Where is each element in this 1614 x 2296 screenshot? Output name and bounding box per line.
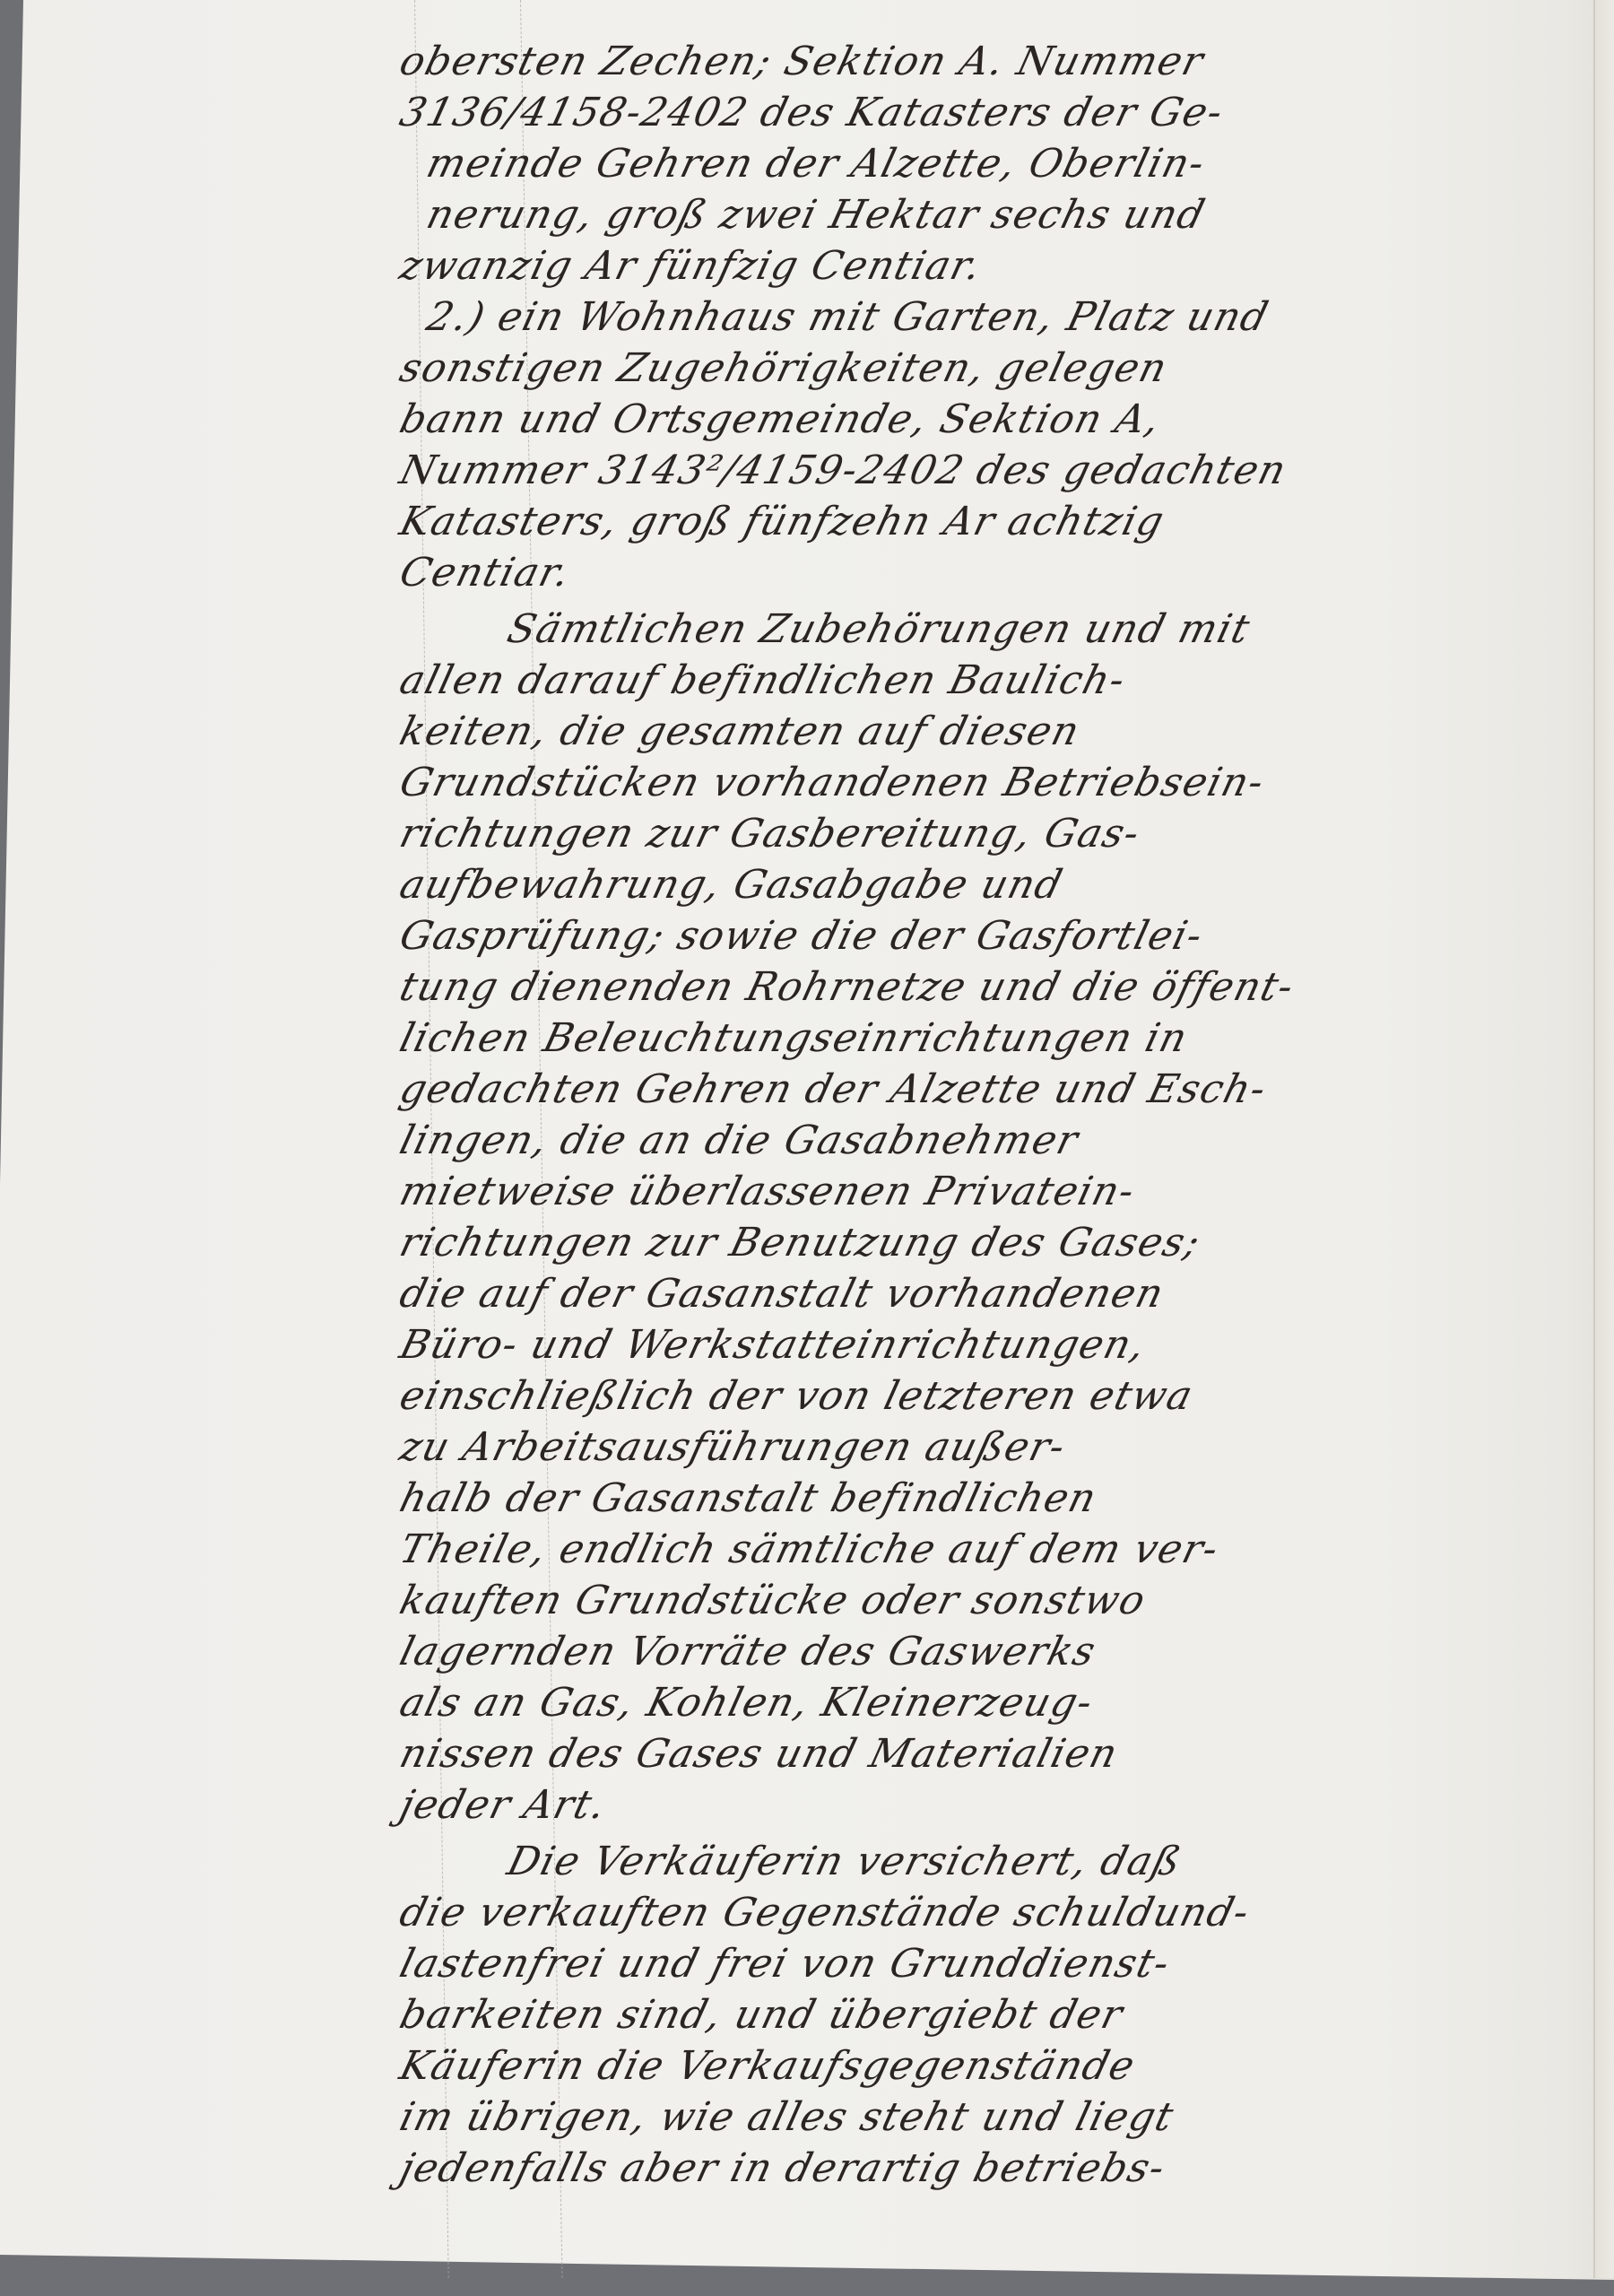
paragraph-start: Die Verkäuferin versichert, daß [395, 1836, 1600, 1887]
text-line: als an Gas, Kohlen, Kleinerzeug- [395, 1677, 1600, 1728]
text-line: keiten, die gesamten auf diesen [395, 706, 1600, 757]
text-line: mietweise überlassenen Privatein- [395, 1166, 1600, 1217]
text-line: die verkauften Gegenstände schuldund- [395, 1887, 1600, 1938]
text-line: kauften Grundstücke oder sonstwo [395, 1575, 1600, 1626]
text-line: allen darauf befindlichen Baulich- [395, 655, 1600, 706]
text-line: lagernden Vorräte des Gaswerks [395, 1626, 1600, 1677]
text-line: zwanzig Ar fünfzig Centiar. [395, 240, 1600, 291]
text-line: zu Arbeitsausführungen außer- [395, 1422, 1600, 1473]
scan-bottom-border [0, 2249, 1614, 2296]
text-line: richtungen zur Gasbereitung, Gas- [395, 808, 1600, 859]
text-line: lingen, die an die Gasabnehmer [395, 1115, 1600, 1166]
text-line: jeder Art. [395, 1779, 1600, 1831]
text-line: nerung, groß zwei Hektar sechs und [395, 189, 1600, 240]
text-line: Käuferin die Verkaufsgegenstände [395, 2040, 1600, 2092]
text-line: Katasters, groß fünfzehn Ar achtzig [395, 496, 1600, 547]
text-line: Büro- und Werkstatteinrichtungen, [395, 1319, 1600, 1370]
text-line: nissen des Gases und Materialien [395, 1728, 1600, 1779]
list-item-number-2: 2.) ein Wohnhaus mit Garten, Platz und [395, 291, 1600, 343]
text-line: jedenfalls aber in derartig betriebs- [395, 2143, 1600, 2194]
text-line: barkeiten sind, und übergiebt der [395, 1989, 1600, 2040]
text-line: lastenfrei und frei von Grunddienst- [395, 1938, 1600, 1989]
text-line: obersten Zechen; Sektion A. Nummer [395, 36, 1600, 87]
manuscript-page: obersten Zechen; Sektion A. Nummer 3136/… [0, 0, 1614, 2296]
text-line: die auf der Gasanstalt vorhandenen [395, 1268, 1600, 1319]
text-line: Theile, endlich sämtliche auf dem ver- [395, 1524, 1600, 1575]
scan-left-border [0, 0, 23, 1184]
text-line: Centiar. [395, 547, 1600, 598]
text-line: sonstigen Zugehörigkeiten, gelegen [395, 343, 1600, 394]
text-line: Gasprüfung; sowie die der Gasfortlei- [395, 910, 1600, 961]
text-line: Grundstücken vorhandenen Betriebsein- [395, 757, 1600, 808]
paragraph-start: Sämtlichen Zubehörungen und mit [395, 604, 1600, 655]
text-line: im übrigen, wie alles steht und liegt [395, 2092, 1600, 2143]
text-line: meinde Gehren der Alzette, Oberlin- [395, 138, 1600, 189]
text-line: halb der Gasanstalt befindlichen [395, 1473, 1600, 1524]
handwritten-text-body: obersten Zechen; Sektion A. Nummer 3136/… [395, 36, 1587, 2194]
text-line: einschließlich der von letzteren etwa [395, 1370, 1600, 1422]
text-line: Nummer 3143²/4159-2402 des gedachten [395, 445, 1600, 496]
text-line: aufbewahrung, Gasabgabe und [395, 859, 1600, 910]
text-line: richtungen zur Benutzung des Gases; [395, 1217, 1600, 1268]
text-line: bann und Ortsgemeinde, Sektion A, [395, 394, 1600, 445]
text-line: tung dienenden Rohrnetze und die öffent- [395, 961, 1600, 1013]
next-page-edge [1595, 0, 1614, 2278]
text-line: 3136/4158-2402 des Katasters der Ge- [395, 87, 1600, 138]
text-line: lichen Beleuchtungseinrichtungen in [395, 1013, 1600, 1064]
text-line: gedachten Gehren der Alzette und Esch- [395, 1064, 1600, 1115]
